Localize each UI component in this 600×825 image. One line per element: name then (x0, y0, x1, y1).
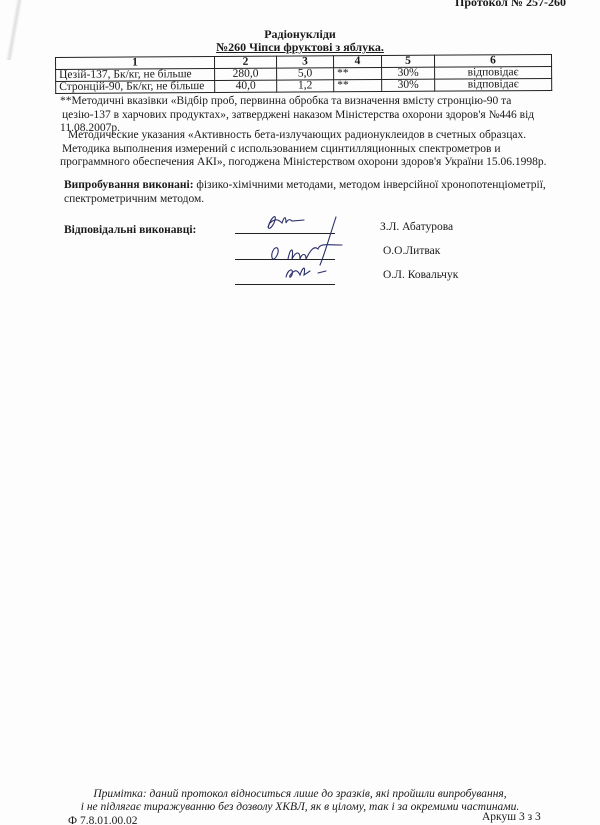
methods-russian-line: Методика выполнения измерений с использо… (60, 143, 560, 157)
methods-russian-line: программного обеспечения АКІ», погоджена… (60, 156, 560, 170)
cell-method: ** (334, 80, 382, 92)
methods-russian: Методические указания «Активность бета-и… (60, 129, 560, 170)
col-header-3: 3 (276, 56, 333, 68)
cell-norm: 40,0 (215, 80, 277, 92)
cell-norm: 280,0 (215, 68, 277, 80)
sheet-number: Аркуш 3 з 3 (482, 811, 541, 823)
cell-conclusion: відповідає (435, 66, 552, 79)
col-header-2: 2 (215, 56, 277, 68)
cell-result: 5,0 (277, 68, 334, 80)
responsible-name: О.О.Литвак (383, 245, 440, 257)
cell-uncertainty: 30% (382, 67, 435, 79)
cell-indicator: Стронцій-90, Бк/кг, не більше (56, 81, 215, 94)
cell-conclusion: відповідає (435, 78, 552, 91)
responsible-label: Відповідальні виконавці: (64, 224, 196, 236)
results-table: 1 2 3 4 5 6 Цезій-137, Бк/кг, не більше … (55, 54, 552, 94)
methods-ukrainian-line: **Методичні вказівки «Відбір проб, перви… (60, 95, 560, 109)
col-header-5: 5 (381, 55, 434, 67)
form-code: Ф 7.8.01.00.02 (68, 815, 137, 825)
methods-ukrainian-line: цезію-137 в харчових продуктах», затверд… (60, 109, 560, 123)
tests-performed: Випробування виконані: фізико-хімічними … (64, 179, 564, 206)
cell-method: ** (334, 68, 382, 80)
methods-russian-line: Методические указания «Активность бета-и… (60, 129, 560, 143)
responsible-name: З.Л. Абатурова (380, 221, 453, 233)
section-subtitle: №260 Чіпси фруктові з яблука. (0, 40, 600, 55)
responsible-name: О.Л. Ковальчук (383, 269, 458, 281)
col-header-4: 4 (333, 56, 381, 68)
cell-result: 1,2 (277, 80, 334, 92)
protocol-number: Протокол № 257-260 (455, 0, 566, 10)
sample-title: №260 Чіпси фруктові з яблука. (216, 40, 384, 54)
cell-uncertainty: 30% (382, 79, 435, 91)
tests-label: Випробування виконані: (64, 179, 194, 191)
table-row: Стронцій-90, Бк/кг, не більше 40,0 1,2 *… (56, 78, 552, 93)
footer-note-line: Примітка: даний протокол відноситься лиш… (0, 788, 600, 800)
signatures-icon (230, 205, 360, 285)
col-header-6: 6 (434, 54, 551, 67)
